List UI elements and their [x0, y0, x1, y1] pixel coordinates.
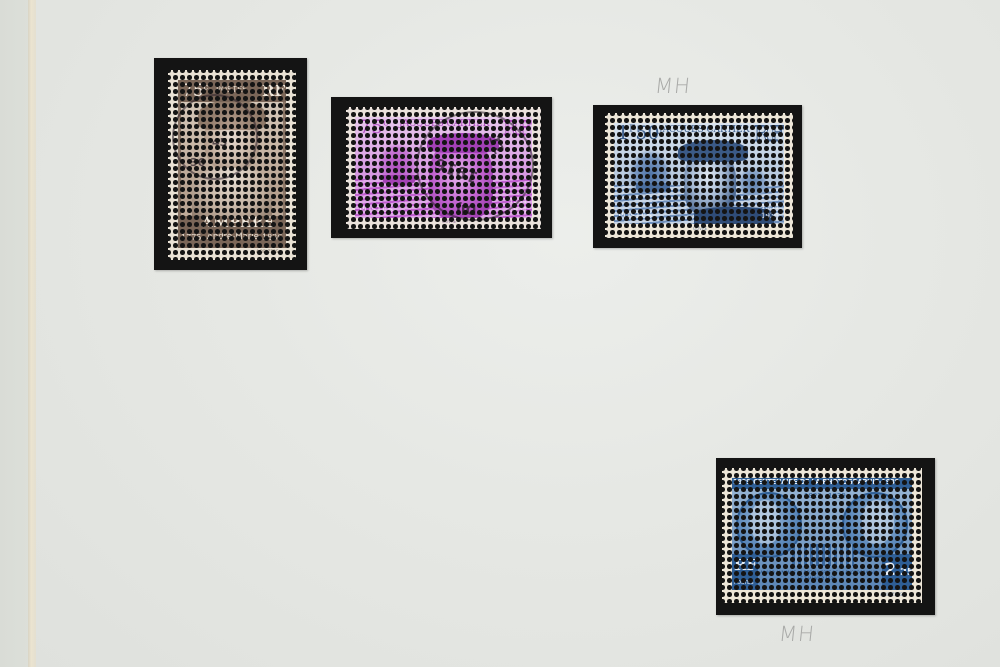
caption-line-1: ARAGO ANNONCE LA DECOUVERTE DE LA PHOTOG…	[760, 570, 877, 575]
stamp-cartier-1f50[interactable]: 1F50 JACQUES CARTIER RF POSTES 1534 1934…	[605, 113, 793, 238]
pencil-note-mh-1: MH	[654, 74, 692, 98]
stamp-design: 1839-CENTENAIRE DE LA PHOTOGRAPHIE-1939 …	[732, 478, 912, 590]
denomination: 2F25	[884, 560, 912, 580]
stamp-title: 1839-CENTENAIRE DE LA PHOTOGRAPHIE-1939	[733, 478, 899, 486]
previous-page-edge	[0, 0, 30, 667]
year-bottom: 1934	[761, 212, 779, 220]
engraver: OUVRE	[442, 219, 456, 224]
top-label: POSTES	[216, 85, 247, 94]
bottom-label: POSTES	[618, 211, 652, 220]
year-top: 1534	[761, 203, 779, 211]
pencil-note-mh-2: MH	[778, 622, 816, 646]
denomination: 1F50	[617, 123, 660, 144]
stamp-mount-cartier-1f50: 1F50 JACQUES CARTIER RF POSTES 1534 1934…	[593, 105, 802, 248]
year-left: 1822	[804, 492, 822, 500]
stamp-name: AMPERE	[202, 215, 275, 231]
caption-line-2: LE 7 JANVIER 1839	[798, 576, 835, 581]
year-right: 1836	[262, 233, 282, 242]
stamp-mount-photographie: 1839-CENTENAIRE DE LA PHOTOGRAPHIE-1939 …	[716, 458, 935, 615]
rf-mark: RF	[262, 82, 285, 100]
page-binding-edge	[28, 0, 36, 667]
rf-mark: RF	[734, 556, 757, 574]
year-right: 1839	[828, 492, 846, 500]
album-scene: 75c POSTES RF AMPERE 1775 André-Marie 18…	[0, 0, 1000, 667]
rf-mark: RF	[754, 123, 784, 146]
bottom-label: POSTES	[359, 205, 393, 214]
stamp-photographie[interactable]: 1839-CENTENAIRE DE LA PHOTOGRAPHIE-1939 …	[722, 468, 922, 603]
corner-label: POSTES	[734, 580, 754, 586]
denomination: 75c	[359, 117, 388, 138]
ship	[738, 167, 768, 195]
engraver: OUVRE	[693, 226, 707, 231]
stamp-cartier-75c[interactable]: 75c JACQUES CARTIER RF POSTES 1534 1934 …	[346, 107, 541, 229]
subname: André-Marie	[207, 232, 259, 242]
stamp-design: 1F50 JACQUES CARTIER RF POSTES 1534 1934	[614, 123, 784, 224]
stamp-title: JACQUES CARTIER	[659, 125, 749, 135]
engraver: A.DELZERS	[880, 592, 902, 597]
year-left: 1775	[181, 233, 201, 242]
engraver: A.DELZERS	[256, 249, 278, 254]
stamp-mount-cartier-75c: 75c JACQUES CARTIER RF POSTES 1534 1934 …	[331, 97, 552, 238]
stamp-ampere[interactable]: 75c POSTES RF AMPERE 1775 André-Marie 18…	[168, 70, 296, 260]
stamp-mount-ampere: 75c POSTES RF AMPERE 1775 André-Marie 18…	[154, 58, 307, 270]
academy-scene	[792, 544, 854, 566]
